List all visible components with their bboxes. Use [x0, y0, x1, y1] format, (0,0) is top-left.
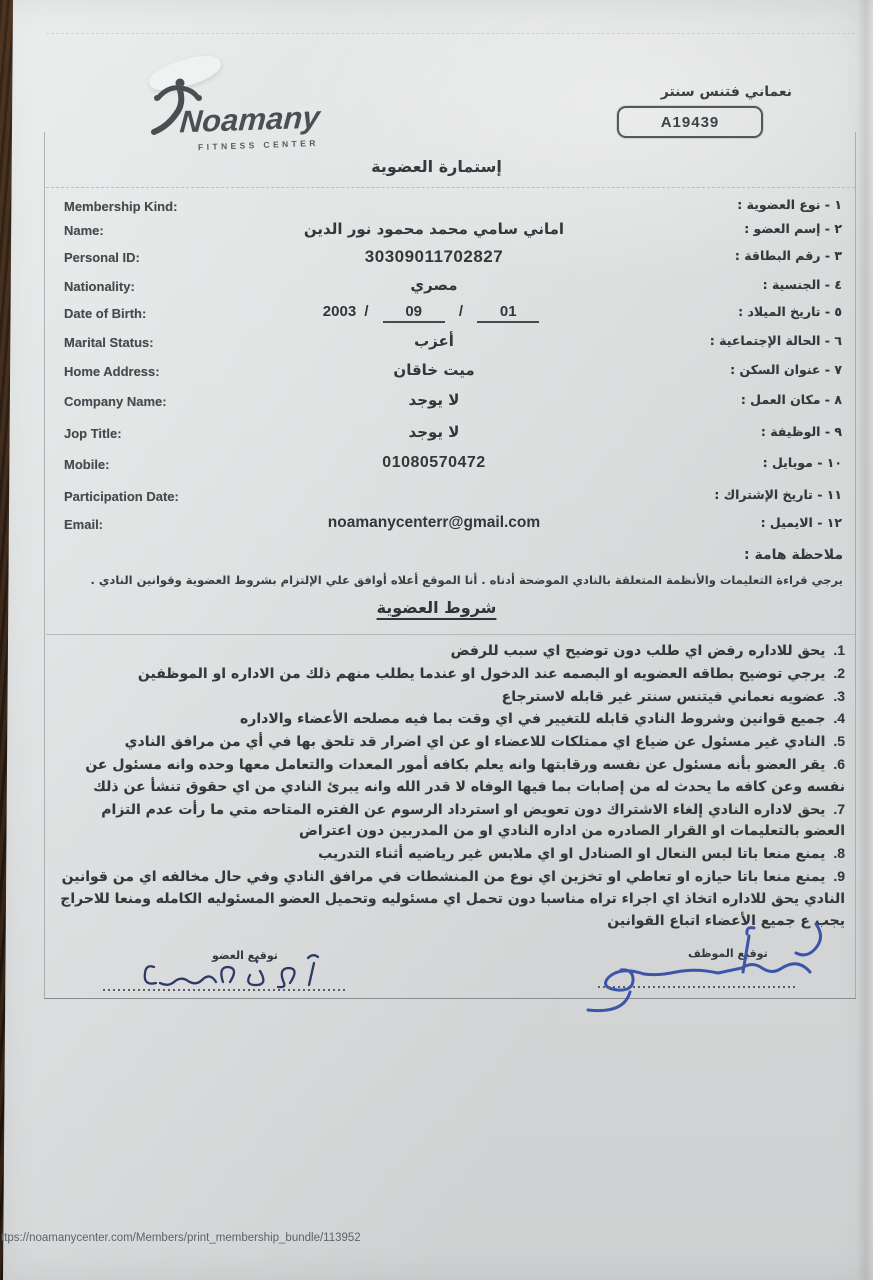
- term-text: النادي غير مسئول عن ضياع اي ممتلكات للاع…: [125, 734, 826, 750]
- member-code-box: A19439: [617, 106, 763, 138]
- term-text: جميع قوانين وشروط النادي قابله للتغيير ف…: [240, 711, 825, 727]
- field-row-company-name: Company Name: لا يوجد ٨ - مكان العمل :: [44, 391, 856, 415]
- term-item: 6. يقر العضو بأنه مسئول عن نفسه ورقابتها…: [58, 754, 845, 799]
- field-label-en: Personal ID:: [64, 250, 140, 265]
- field-value-dob: 2003 / 09 / 01: [214, 303, 654, 323]
- brand-title-arabic: نعماني فتنس سنتر: [661, 84, 792, 100]
- field-label-ar: ٢ - إسم العضو :: [744, 221, 842, 236]
- noamany-logo: Noamany FITNESS CENTER: [146, 72, 326, 162]
- term-number: 9.: [833, 868, 845, 884]
- field-label-ar: ٩ - الوظيفة :: [761, 424, 842, 439]
- important-note-heading: ملاحظة هامة :: [744, 547, 843, 563]
- field-label-en: Company Name:: [64, 394, 167, 409]
- field-row-nationality: Nationality: مصري ٤ - الجنسية :: [44, 276, 856, 300]
- membership-form-document: نعماني فتنس سنتر A19439 Noamany FITNESS …: [0, 0, 873, 1280]
- field-value: اماني سامي محمد محمود نور الدين: [214, 220, 654, 238]
- field-row-date-of-birth: Date of Birth: 2003 / 09 / 01 ٥ - تاريخ …: [44, 303, 856, 327]
- field-row-mobile: Mobile: 01080570472 ١٠ - موبايل :: [44, 454, 856, 478]
- field-label-en: Home Address:: [64, 364, 160, 379]
- field-row-email: Email: noamanycenterr@gmail.com ١٢ - الا…: [44, 514, 856, 538]
- dob-year: 2003: [323, 303, 356, 320]
- term-text: يرجي توضيح بطاقه العضويه او البصمه عند ا…: [138, 666, 826, 682]
- field-value: ميت خاقان: [214, 361, 654, 379]
- term-item: 2. يرجي توضيح بطاقه العضويه او البصمه عن…: [58, 663, 845, 686]
- term-number: 4.: [833, 710, 845, 726]
- term-item: 8. يمنع منعا باتا لبس النعال او الصنادل …: [58, 843, 845, 866]
- field-label-ar: ١ - نوع العضوية :: [737, 197, 842, 212]
- term-item: 5. النادي غير مسئول عن ضياع اي ممتلكات ل…: [58, 731, 845, 754]
- logo-tagline: FITNESS CENTER: [198, 138, 319, 152]
- term-number: 3.: [833, 688, 845, 704]
- field-label-en: Date of Birth:: [64, 306, 146, 321]
- term-text: يحق للاداره رفض اي طلب دون توضيح اي سبب …: [451, 643, 826, 659]
- field-label-en: Jop Title:: [64, 426, 122, 441]
- field-row-membership-kind: Membership Kind: ١ - نوع العضوية :: [44, 196, 856, 220]
- field-label-en: Email:: [64, 517, 103, 532]
- dob-separator: /: [364, 303, 368, 320]
- field-label-ar: ٦ - الحالة الإجتماعية :: [710, 333, 842, 348]
- field-label-ar: ٥ - تاريخ الميلاد :: [738, 304, 842, 319]
- field-label-ar: ١٢ - الايميل :: [761, 515, 842, 530]
- field-value: noamanycenterr@gmail.com: [214, 514, 654, 532]
- term-number: 2.: [833, 665, 845, 681]
- field-label-ar: ١١ - تاريخ الإشتراك :: [714, 487, 842, 502]
- field-row-personal-id: Personal ID: 30309011702827 ٣ - رقم البط…: [44, 247, 856, 271]
- term-text: يحق لاداره النادي إلغاء الاشتراك دون تعو…: [101, 802, 845, 840]
- field-row-participation-date: Participation Date: ١١ - تاريخ الإشتراك …: [44, 486, 856, 510]
- terms-list: 1. يحق للاداره رفض اي طلب دون توضيح اي س…: [58, 640, 845, 932]
- field-value: 30309011702827: [214, 247, 654, 267]
- dob-separator: /: [459, 303, 463, 320]
- term-number: 7.: [833, 801, 845, 817]
- staff-signature-line: [598, 986, 798, 988]
- field-label-ar: ٧ - عنوان السكن :: [730, 362, 842, 377]
- field-label-ar: ٨ - مكان العمل :: [741, 392, 842, 407]
- term-item: 4. جميع قوانين وشروط النادي قابله للتغيي…: [58, 708, 845, 731]
- field-label-en: Marital Status:: [64, 335, 154, 350]
- term-number: 5.: [833, 733, 845, 749]
- field-label-ar: ١٠ - موبايل :: [763, 455, 842, 470]
- logo-name: Noamany: [179, 100, 321, 141]
- field-row-name: Name: اماني سامي محمد محمود نور الدين ٢ …: [44, 220, 856, 244]
- field-value: 01080570472: [214, 454, 654, 472]
- footer-url: ttps://noamanycenter.com/Members/print_m…: [1, 1232, 361, 1244]
- field-value: لا يوجد: [214, 423, 654, 441]
- field-label-en: Mobile:: [64, 457, 110, 472]
- terms-title: شروط العضوية: [45, 598, 828, 617]
- frame-top-line: [46, 33, 855, 34]
- term-item: 7. يحق لاداره النادي إلغاء الاشتراك دون …: [58, 799, 845, 844]
- member-signature-line: [103, 989, 345, 991]
- dob-day: 01: [477, 303, 539, 323]
- terms-divider: [46, 634, 855, 635]
- term-text: عضويه نعماني فيتنس سنتر غير قابله لاسترج…: [502, 689, 826, 705]
- dob-month: 09: [383, 303, 445, 323]
- page-background: { "page": { "brand_title_ar": "نعماني فت…: [0, 0, 873, 1280]
- field-label-en: Name:: [64, 223, 104, 238]
- term-text: يقر العضو بأنه مسئول عن نفسه ورقابتها وا…: [85, 757, 845, 795]
- field-label-en: Nationality:: [64, 279, 135, 294]
- terms-title-text: شروط العضوية: [377, 598, 497, 617]
- field-row-jop-title: Jop Title: لا يوجد ٩ - الوظيفة :: [44, 423, 856, 447]
- field-value: أعزب: [214, 332, 654, 350]
- title-divider: [46, 187, 855, 188]
- field-label-en: Membership Kind:: [64, 199, 177, 214]
- field-label-ar: ٣ - رقم البطاقة :: [735, 248, 842, 263]
- staff-signature-handwriting: [572, 916, 832, 1016]
- field-value: مصري: [214, 276, 654, 294]
- field-row-marital-status: Marital Status: أعزب ٦ - الحالة الإجتماع…: [44, 332, 856, 356]
- term-text: يمنع منعا باتا لبس النعال او الصنادل او …: [318, 846, 825, 862]
- term-item: 1. يحق للاداره رفض اي طلب دون توضيح اي س…: [58, 640, 845, 663]
- term-number: 1.: [833, 642, 845, 658]
- form-title: إستمارة العضوية: [45, 157, 828, 176]
- field-row-home-address: Home Address: ميت خاقان ٧ - عنوان السكن …: [44, 361, 856, 385]
- term-number: 8.: [833, 845, 845, 861]
- important-note-body: يرجي قراءة التعليمات والأنظمة المتعلقة ب…: [40, 573, 843, 587]
- member-code: A19439: [661, 114, 720, 131]
- field-label-en: Participation Date:: [64, 489, 179, 504]
- term-item: 3. عضويه نعماني فيتنس سنتر غير قابله لاس…: [58, 686, 845, 709]
- term-number: 6.: [833, 756, 845, 772]
- field-label-ar: ٤ - الجنسية :: [763, 277, 842, 292]
- field-value: لا يوجد: [214, 391, 654, 409]
